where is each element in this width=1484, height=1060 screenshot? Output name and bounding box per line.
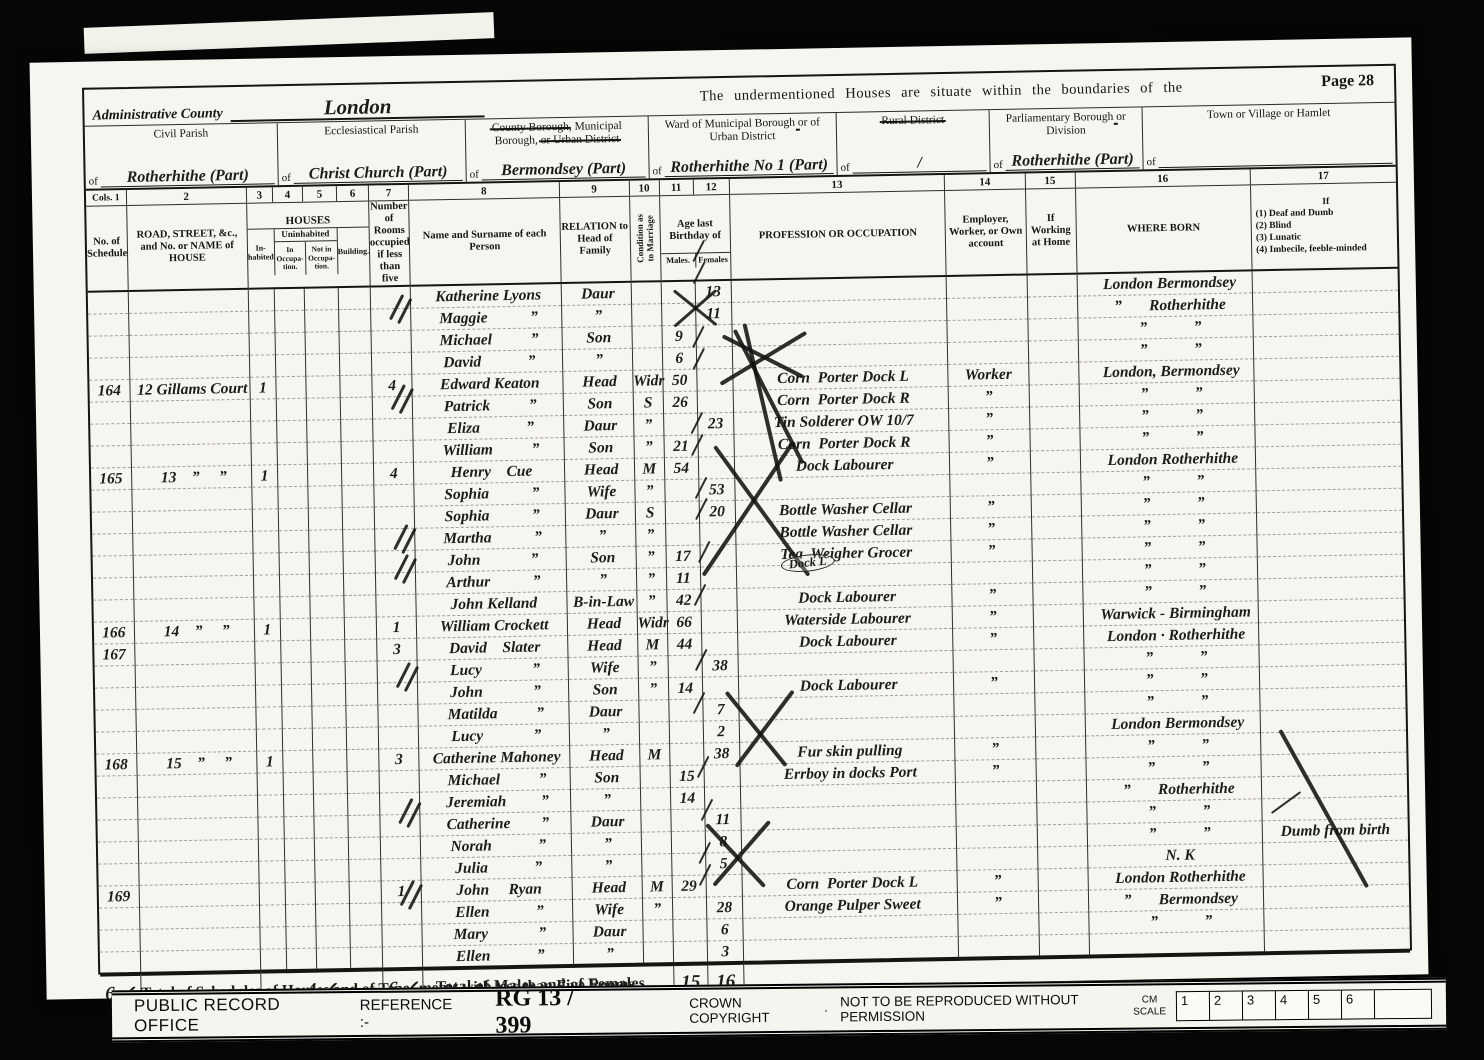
- cell-home: [1028, 363, 1079, 386]
- col-infirmity: If (1) Deaf and Dumb (2) Blind (3) Lunat…: [1250, 182, 1397, 271]
- cell-name: Patrick ”: [412, 394, 563, 419]
- cell-bldg: [347, 793, 379, 816]
- cell-name: William Crockett: [416, 614, 567, 639]
- cell-m: [661, 304, 695, 327]
- cell-inocc: [281, 641, 311, 664]
- cell-bldg: [345, 639, 377, 662]
- census-rows: Katherine LyonsDaur13London BermondseyMa…: [88, 268, 1411, 1011]
- cell-addr: [128, 312, 249, 336]
- cell-born: ” ”: [1088, 909, 1264, 934]
- cell-notocc: [311, 640, 345, 663]
- cell-f: 8: [705, 831, 741, 854]
- rural-district-box: Rural District of /: [837, 110, 991, 175]
- ecclesiastical-parish-box: Ecclesiastical Parish of Christ Church (…: [278, 120, 467, 185]
- cell-sched: 167: [94, 644, 134, 667]
- cell-inh: [253, 575, 279, 597]
- cell-inocc: [284, 839, 314, 862]
- col-not-in-occupation: Not in Occupa- tion.: [306, 241, 337, 275]
- cell-notocc: [304, 288, 338, 311]
- cell-rooms: [382, 925, 422, 948]
- cell-emp: ”: [949, 407, 1030, 430]
- cell-home: [1035, 758, 1086, 781]
- cell-inh: 1: [254, 619, 280, 641]
- cell-home: [1034, 670, 1085, 693]
- col-profession: PROFESSION OR OCCUPATION: [729, 190, 946, 280]
- cell-inocc: [279, 575, 309, 598]
- cell-sched: 169: [99, 886, 139, 909]
- cell-cond: [643, 920, 673, 943]
- parliamentary-borough-label: Parliamentary Borough or Division: [993, 110, 1139, 139]
- col-females: Females: [696, 253, 730, 268]
- cell-inh: [251, 443, 277, 465]
- cell-home: [1030, 450, 1081, 473]
- cell-name: Sophia ”: [414, 482, 565, 507]
- cell-home: [1033, 604, 1084, 627]
- cell-bldg: [338, 287, 370, 310]
- cell-inf: [1264, 907, 1410, 932]
- cell-emp: [952, 561, 1033, 584]
- municipal-borough-value: Bermondsey (Part): [482, 160, 646, 180]
- cell-inocc: [282, 707, 312, 730]
- cell-bldg: [342, 507, 374, 530]
- cell-home: [1029, 407, 1080, 430]
- cell-sched: [98, 864, 138, 887]
- cell-home: [1035, 714, 1086, 737]
- cell-notocc: [307, 420, 341, 443]
- cell-m: [668, 655, 702, 678]
- cell-emp: ”: [957, 869, 1038, 892]
- cell-addr: [136, 730, 257, 754]
- cell-name: Norah ”: [420, 834, 571, 859]
- cell-emp: [950, 473, 1031, 496]
- cell-inh: [248, 311, 274, 333]
- cell-cond: ”: [642, 898, 672, 921]
- cell-f: 13: [695, 280, 731, 303]
- scale-tick: 5: [1308, 990, 1341, 1020]
- cell-name: Michael ”: [419, 768, 570, 793]
- cell-inh: [260, 949, 286, 972]
- cell-m: [661, 281, 695, 304]
- administrative-county-label: Administrative County: [92, 106, 223, 124]
- cell-bldg: [341, 419, 373, 442]
- cell-inh: [254, 597, 280, 619]
- cell-emp: [956, 803, 1037, 826]
- cell-rooms: 4: [374, 463, 414, 486]
- cell-emp: Worker: [948, 363, 1029, 386]
- of-word: of: [653, 165, 662, 177]
- cell-notocc: [316, 926, 350, 949]
- cell-addr: [139, 884, 260, 908]
- cell-cond: ”: [634, 480, 664, 503]
- cell-rel: Head: [567, 635, 638, 658]
- cell-emp: ”: [949, 429, 1030, 452]
- cell-inf: [1257, 511, 1403, 536]
- cell-inocc: [276, 377, 306, 400]
- cell-cond: [640, 766, 670, 789]
- cell-inh: [252, 487, 278, 509]
- cell-rooms: [380, 793, 420, 816]
- cell-rel: ”: [571, 855, 642, 878]
- cell-addr: [133, 598, 254, 622]
- municipal-borough-box: County Borough, Municipal Borough, or Ur…: [466, 116, 650, 181]
- cell-inocc: [285, 861, 315, 884]
- cell-rel: Son: [561, 327, 632, 350]
- cell-addr: [133, 576, 254, 600]
- cell-inf: [1256, 467, 1402, 492]
- cell-addr: 14 ” ”: [134, 620, 255, 644]
- cell-sched: [99, 908, 139, 931]
- cell-notocc: [311, 662, 345, 685]
- cell-cond: [640, 788, 670, 811]
- reference-label: REFERENCE :-: [360, 996, 456, 1031]
- cell-f: [699, 523, 735, 546]
- cell-bldg: [347, 749, 379, 772]
- cell-cond: M: [634, 458, 664, 481]
- cell-bldg: [339, 309, 371, 332]
- cell-home: [1037, 846, 1088, 869]
- cell-m: 26: [663, 392, 697, 415]
- cell-inh: [255, 663, 281, 685]
- cell-f: 53: [699, 479, 735, 502]
- civil-parish-box: Civil Parish of Rotherhithe (Part): [85, 123, 279, 189]
- of-word: of: [993, 159, 1002, 171]
- cell-born: ” ”: [1078, 315, 1254, 340]
- cell-rooms: [372, 397, 412, 420]
- cell-inocc: [277, 443, 307, 466]
- cell-rel: Daur: [572, 921, 643, 944]
- town-village-box: Town or Village or Hamlet of: [1143, 103, 1396, 170]
- cell-bldg: [343, 529, 375, 552]
- cell-inocc: [281, 685, 311, 708]
- cell-emp: ”: [950, 451, 1031, 474]
- cell-cond: ”: [636, 568, 666, 591]
- cell-inocc: [285, 883, 315, 906]
- cell-rooms: [374, 507, 414, 530]
- cell-m: 54: [664, 457, 698, 480]
- cell-f: 38: [702, 655, 738, 678]
- cell-rel: ”: [573, 943, 644, 967]
- cell-notocc: [310, 596, 344, 619]
- cell-inf: [1260, 687, 1406, 712]
- cell-inf: [1259, 643, 1405, 668]
- cell-inf: [1259, 621, 1405, 646]
- cell-emp: ”: [954, 671, 1035, 694]
- cell-inh: [257, 773, 283, 795]
- cell-addr: [129, 356, 250, 380]
- scale-tick: 3: [1242, 990, 1275, 1020]
- cell-notocc: [308, 486, 342, 509]
- cell-emp: ”: [953, 605, 1034, 628]
- cell-born: ” Rotherhithe: [1077, 293, 1253, 318]
- cell-m: [671, 853, 705, 876]
- cell-addr: [130, 400, 251, 424]
- cell-sched: [89, 358, 129, 381]
- cell-bldg: [340, 375, 372, 398]
- cell-addr: [132, 532, 253, 556]
- cell-addr: 15 ” ”: [136, 752, 257, 776]
- cell-cond: S: [635, 502, 665, 525]
- cell-addr: [135, 686, 256, 710]
- cell-inocc: [283, 751, 313, 774]
- cell-inf: [1257, 533, 1403, 558]
- cell-bldg: [341, 463, 373, 486]
- cell-rel: Daur: [568, 701, 639, 724]
- cell-born: [1089, 931, 1265, 957]
- cell-inh: [253, 531, 279, 553]
- cell-m: [669, 699, 703, 722]
- cell-name: Katherine Lyons: [410, 283, 561, 308]
- cell-m: 42: [667, 589, 701, 612]
- cell-born: London · Rotherhithe: [1083, 623, 1259, 648]
- cell-m: [671, 831, 705, 854]
- cell-cond: M: [639, 744, 669, 767]
- cell-inocc: [286, 927, 316, 950]
- cell-rel: Son: [566, 547, 637, 570]
- cell-bldg: [347, 771, 379, 794]
- cell-rooms: [375, 529, 415, 552]
- cell-m: 21: [664, 435, 698, 458]
- cell-born: ” Bermondsey: [1088, 887, 1264, 912]
- cell-rooms: [375, 551, 415, 574]
- civil-parish-label: Civil Parish: [88, 126, 274, 143]
- cell-cond: ”: [636, 546, 666, 569]
- cell-notocc: [312, 728, 346, 751]
- cell-emp: [959, 935, 1040, 959]
- cell-rooms: [379, 771, 419, 794]
- cell-inh: [252, 509, 278, 531]
- cell-bldg: [349, 859, 381, 882]
- cell-cond: [643, 942, 673, 966]
- cell-born: ” ”: [1082, 579, 1258, 604]
- cell-name: Maggie ”: [411, 306, 562, 331]
- cell-name: David ”: [412, 350, 563, 375]
- cell-m: 9: [662, 326, 696, 349]
- cell-f: 38: [703, 743, 739, 766]
- ward-value: Rotherhithe No 1 (Part): [665, 157, 834, 177]
- cell-cond: ”: [633, 414, 663, 437]
- cell-cond: ”: [634, 436, 664, 459]
- cell-addr: [138, 840, 259, 864]
- cell-rel: Head: [567, 613, 638, 636]
- cell-name: John Ryan: [421, 878, 572, 903]
- cell-cond: M: [637, 634, 667, 657]
- cell-m: 14: [668, 677, 702, 700]
- cell-sched: [92, 534, 132, 557]
- cell-bldg: [350, 947, 382, 971]
- cell-home: [1030, 472, 1081, 495]
- cell-f: 23: [697, 413, 733, 436]
- cell-m: [669, 743, 703, 766]
- col-condition: Condition as to Marriage: [629, 196, 661, 282]
- cell-rel: Head: [572, 877, 643, 900]
- cell-inocc: [286, 949, 316, 973]
- cell-bldg: [346, 727, 378, 750]
- cell-bldg: [339, 331, 371, 354]
- cell-sched: [95, 688, 135, 711]
- cell-rooms: 1: [381, 881, 421, 904]
- cell-m: [663, 413, 697, 436]
- municipal-borough-label: County Borough, Municipal Borough, or Ur…: [469, 119, 645, 149]
- cell-sched: [97, 820, 137, 843]
- of-word: of: [470, 169, 479, 181]
- cell-inf: [1256, 489, 1402, 514]
- cell-notocc: [313, 794, 347, 817]
- cell-notocc: [307, 442, 341, 465]
- cell-bldg: [341, 441, 373, 464]
- cell-name: Julia ”: [421, 856, 572, 881]
- cell-emp: [957, 825, 1038, 848]
- cell-rooms: 3: [379, 749, 419, 772]
- cell-home: [1033, 626, 1084, 649]
- ward-label: Ward of Municipal Borough or of Urban Di…: [652, 116, 833, 146]
- cell-addr: [135, 664, 256, 688]
- cell-notocc: [313, 750, 347, 773]
- cell-home: [1027, 274, 1078, 297]
- cell-name: Ellen ”: [422, 900, 573, 925]
- cell-addr: [134, 642, 255, 666]
- cell-name: Lucy ”: [418, 724, 569, 749]
- cell-inh: [250, 421, 276, 443]
- cell-inf: [1263, 863, 1409, 888]
- cell-rooms: 3: [377, 639, 417, 662]
- cell-inh: [250, 399, 276, 421]
- cell-sched: [92, 512, 132, 535]
- cell-home: [1038, 890, 1089, 913]
- cell-emp: [954, 693, 1035, 716]
- cell-sched: [99, 930, 139, 953]
- col-houses-group: HOUSES In- habited Uninhabited In Occupa…: [246, 201, 370, 289]
- cell-inocc: [277, 465, 307, 488]
- cell-cond: [631, 304, 661, 327]
- cell-cond: M: [642, 876, 672, 899]
- cell-inf: [1263, 885, 1409, 910]
- cell-m: [673, 919, 707, 942]
- cell-emp: [953, 649, 1034, 672]
- scale-tick: 1: [1176, 991, 1209, 1021]
- cell-sched: [91, 446, 131, 469]
- cell-notocc: [309, 530, 343, 553]
- cell-born: ” ”: [1078, 337, 1254, 362]
- cell-f: [697, 391, 733, 414]
- cell-rel: ”: [566, 569, 637, 592]
- cell-rooms: [370, 286, 410, 309]
- cell-f: [701, 589, 737, 612]
- cell-inf: [1254, 401, 1400, 426]
- cell-m: 29: [672, 875, 706, 898]
- cell-inocc: [276, 399, 306, 422]
- cell-home: [1027, 319, 1078, 342]
- cell-inh: [260, 927, 286, 949]
- cell-m: [669, 721, 703, 744]
- cell-inocc: [285, 905, 315, 928]
- cell-sched: [89, 336, 129, 359]
- cell-m: 14: [670, 787, 704, 810]
- census-form: Administrative County London The underme…: [82, 64, 1412, 975]
- cell-addr: 12 Gillams Court: [129, 378, 250, 402]
- cell-inf: [1258, 599, 1404, 624]
- cell-emp: ”: [958, 891, 1039, 914]
- cell-cond: [638, 700, 668, 723]
- cell-notocc: [315, 860, 349, 883]
- col-males: Males.: [661, 254, 696, 269]
- cell-rel: Daur: [565, 503, 636, 526]
- cell-f: 11: [705, 809, 741, 832]
- cell-born: Warwick - Birmingham: [1083, 601, 1259, 626]
- cell-emp: [947, 319, 1028, 342]
- cell-addr: [129, 334, 250, 358]
- cell-sched: [91, 490, 131, 513]
- cell-name: Eliza ”: [413, 416, 564, 441]
- cell-rooms: [378, 705, 418, 728]
- cell-sched: [88, 291, 128, 314]
- cell-rel: B-in-Law: [566, 591, 637, 614]
- cell-rooms: [371, 331, 411, 354]
- ecclesiastical-parish-value: Christ Church (Part): [294, 164, 463, 184]
- cell-addr: [137, 796, 258, 820]
- col-where-born: WHERE BORN: [1075, 185, 1252, 274]
- cell-sched: 164: [89, 380, 129, 403]
- cell-inocc: [283, 795, 313, 818]
- cell-rooms: [380, 815, 420, 838]
- cell-addr: [131, 444, 252, 468]
- cell-m: 6: [662, 348, 696, 371]
- cell-inocc: [278, 487, 308, 510]
- cell-name: Jeremiah ”: [420, 790, 571, 815]
- scanned-census-page: Page 28 Administrative County London The…: [0, 0, 1484, 1060]
- cell-rel: ”: [570, 789, 641, 812]
- cell-inh: [257, 795, 283, 817]
- cell-cond: [641, 854, 671, 877]
- cell-inf: Dumb from birth: [1262, 819, 1408, 844]
- cell-sched: [95, 666, 135, 689]
- cell-born: ” ”: [1082, 535, 1258, 560]
- cell-inocc: [277, 421, 307, 444]
- cell-inf: [1261, 731, 1407, 756]
- cell-inocc: [280, 597, 310, 620]
- cell-rel: Wife: [568, 657, 639, 680]
- cell-sched: [96, 732, 136, 755]
- cell-inh: [249, 333, 275, 355]
- cell-name: Catherine ”: [420, 812, 571, 837]
- cell-bldg: [340, 397, 372, 420]
- cell-born: London Rotherhithe: [1088, 865, 1264, 890]
- cell-m: [665, 501, 699, 524]
- cell-inf: [1261, 753, 1407, 778]
- cell-inh: [258, 817, 284, 839]
- cell-home: [1035, 736, 1086, 759]
- cm-scale-label: CMSCALE: [1133, 994, 1166, 1018]
- cell-f: [697, 369, 733, 392]
- cell-emp: [948, 341, 1029, 364]
- cell-rooms: [378, 683, 418, 706]
- cell-notocc: [316, 948, 350, 972]
- cell-inocc: [275, 311, 305, 334]
- cell-rel: Son: [563, 393, 634, 416]
- cell-sched: [93, 556, 133, 579]
- cell-notocc: [309, 552, 343, 575]
- cell-home: [1036, 780, 1087, 803]
- cell-sched: [93, 600, 133, 623]
- col-name: Name and Surname of each Person: [409, 198, 561, 287]
- cell-emp: ”: [955, 737, 1036, 760]
- cell-inocc: [275, 333, 305, 356]
- cell-name: Martha ”: [415, 526, 566, 551]
- cell-rel: Daur: [561, 282, 632, 306]
- cell-born: London Rotherhithe: [1080, 447, 1256, 472]
- cell-home: [1034, 692, 1085, 715]
- ward-box: Ward of Municipal Borough or of Urban Di…: [649, 113, 838, 178]
- cell-inh: [249, 355, 275, 377]
